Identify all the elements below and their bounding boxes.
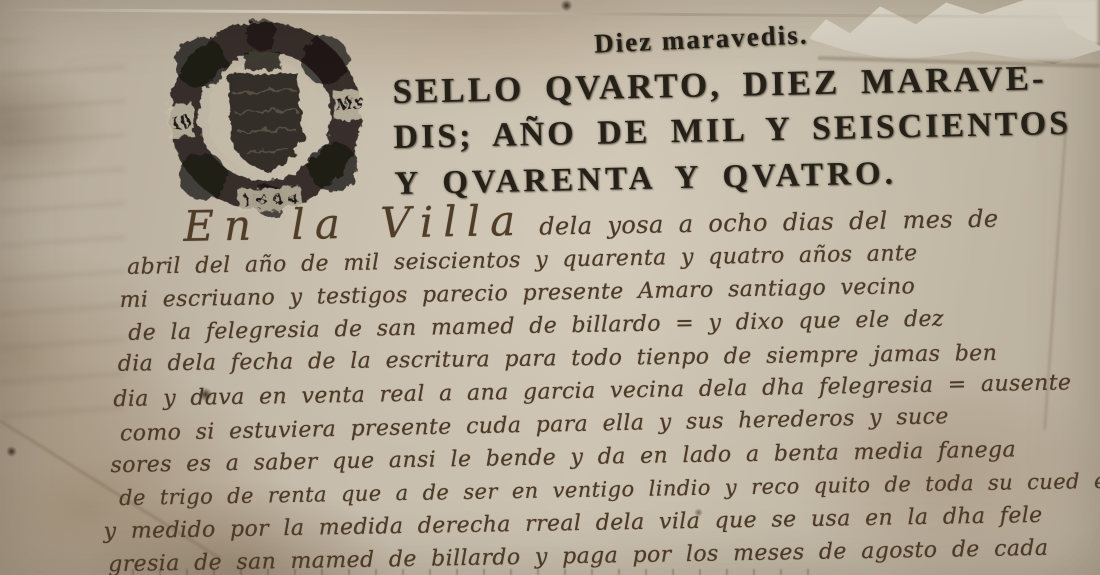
seal-left-label: 10 bbox=[171, 111, 192, 134]
document-photo: 10 MS 1644 Diez maravedis. SELLO QVARTO,… bbox=[0, 0, 1100, 575]
manuscript-line-text: dela yosa a ocho dias del mes de bbox=[539, 205, 999, 241]
ink-blot bbox=[694, 508, 703, 517]
maravedis-stamp: Diez maravedis. bbox=[593, 19, 809, 59]
clipped-bottom-line bbox=[132, 569, 822, 575]
ink-blot bbox=[6, 446, 17, 457]
manuscript-text: En la Villadela yosa a ocho dias del mes… bbox=[0, 188, 1100, 575]
seal-right-label: MS bbox=[335, 94, 364, 116]
manuscript-opening-initials: En la Villa bbox=[183, 196, 540, 251]
ink-blot bbox=[560, 0, 573, 11]
tax-seal: 10 MS 1644 bbox=[146, 12, 384, 225]
seal-crown-icon bbox=[244, 51, 281, 71]
ink-blot bbox=[198, 388, 213, 401]
printed-heading: SELLO QVARTO, DIEZ MARAVE- DIS; AÑO DE M… bbox=[392, 54, 1073, 207]
